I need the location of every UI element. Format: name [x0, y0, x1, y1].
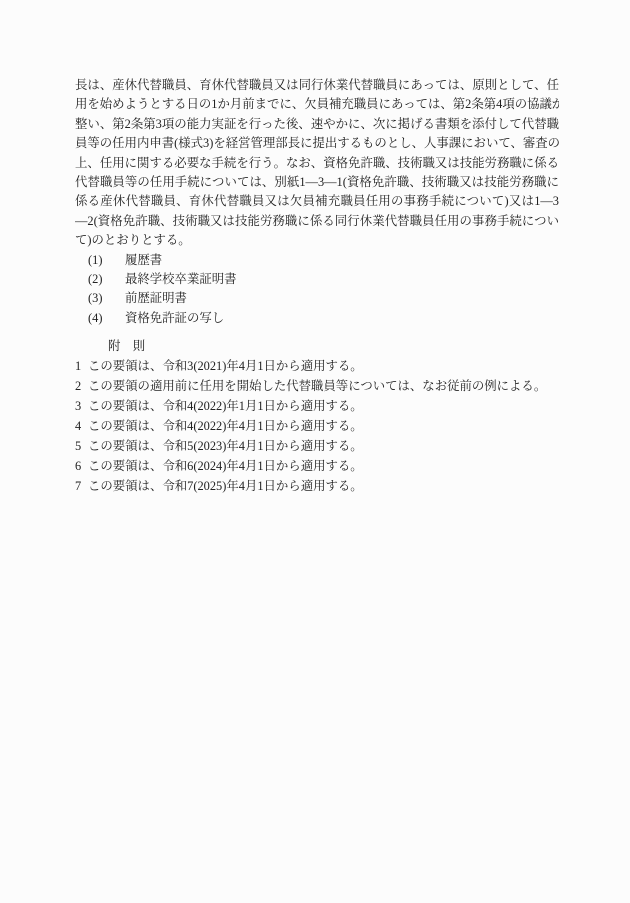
provision-text: この要領は、令和4(2022)年1月1日から適用する。	[88, 396, 559, 416]
provision-item: 5 この要領は、令和5(2023)年4月1日から適用する。	[75, 436, 559, 456]
paragraph-line: ―2(資格免許職、技術職又は技能労務職に係る同行休業代替職員任用の事務手続につい	[75, 212, 559, 231]
provision-number: 4	[75, 416, 88, 436]
document-page: 長は、産休代替職員、育休代替職員又は同行休業代替職員にあっては、原則として、任 …	[0, 0, 630, 903]
provision-text: この要領は、令和3(2021)年4月1日から適用する。	[88, 356, 559, 376]
provision-item: 4 この要領は、令和4(2022)年4月1日から適用する。	[75, 416, 559, 436]
paragraph-line: て)のとおりとする。	[75, 231, 559, 250]
appendix-heading: 附 則	[75, 336, 559, 356]
paragraph-line: 用を始めようとする日の1か月前までに、欠員補充職員にあっては、第2条第4項の協議…	[75, 95, 559, 114]
provision-number: 1	[75, 356, 88, 376]
attachment-number: (2)	[88, 270, 125, 289]
paragraph-line: 上、任用に関する必要な手続を行う。なお、資格免許職、技術職又は技能労務職に係る	[75, 154, 559, 173]
paragraph-line: 員等の任用内申書(様式3)を経営管理部長に提出するものとし、人事課において、審査…	[75, 134, 559, 153]
main-paragraph: 長は、産休代替職員、育休代替職員又は同行休業代替職員にあっては、原則として、任 …	[75, 76, 559, 251]
provision-number: 5	[75, 436, 88, 456]
provision-number: 3	[75, 396, 88, 416]
provision-number: 2	[75, 376, 88, 396]
attachment-item: (2)最終学校卒業証明書	[75, 270, 559, 289]
provision-number: 6	[75, 456, 88, 476]
provision-item: 7 この要領は、令和7(2025)年4月1日から適用する。	[75, 476, 559, 496]
provision-item: 3 この要領は、令和4(2022)年1月1日から適用する。	[75, 396, 559, 416]
attachment-number: (4)	[88, 309, 125, 328]
attachment-item: (1)履歴書	[75, 251, 559, 270]
provision-text: この要領の適用前に任用を開始した代替職員等については、なお従前の例による。	[88, 376, 559, 396]
provision-item: 1 この要領は、令和3(2021)年4月1日から適用する。	[75, 356, 559, 376]
provision-number: 7	[75, 476, 88, 496]
provision-text: この要領は、令和5(2023)年4月1日から適用する。	[88, 436, 559, 456]
paragraph-line: 長は、産休代替職員、育休代替職員又は同行休業代替職員にあっては、原則として、任	[75, 76, 559, 95]
attachment-number: (1)	[88, 251, 125, 270]
paragraph-line: 代替職員等の任用手続については、別紙1―3―1(資格免許職、技術職又は技能労務職…	[75, 173, 559, 192]
attachment-number: (3)	[88, 289, 125, 308]
attachment-item: (3)前歴証明書	[75, 289, 559, 308]
attachment-label: 資格免許証の写し	[125, 311, 224, 325]
paragraph-line: 係る産休代替職員、育休代替職員又は欠員補充職員任用の事務手続について)又は1―3	[75, 192, 559, 211]
paragraph-line: 整い、第2条第3項の能力実証を行った後、速やかに、次に掲げる書類を添付して代替職	[75, 115, 559, 134]
attachment-label: 最終学校卒業証明書	[125, 272, 237, 286]
provision-item: 6 この要領は、令和6(2024)年4月1日から適用する。	[75, 456, 559, 476]
provision-text: この要領は、令和6(2024)年4月1日から適用する。	[88, 456, 559, 476]
document-content: 長は、産休代替職員、育休代替職員又は同行休業代替職員にあっては、原則として、任 …	[75, 76, 559, 496]
provision-item: 2 この要領の適用前に任用を開始した代替職員等については、なお従前の例による。	[75, 376, 559, 396]
attachment-label: 履歴書	[125, 253, 162, 267]
attachment-label: 前歴証明書	[125, 291, 187, 305]
attachment-item: (4)資格免許証の写し	[75, 309, 559, 328]
provision-text: この要領は、令和7(2025)年4月1日から適用する。	[88, 476, 559, 496]
attachment-list: (1)履歴書 (2)最終学校卒業証明書 (3)前歴証明書 (4)資格免許証の写し	[75, 251, 559, 329]
provision-list: 1 この要領は、令和3(2021)年4月1日から適用する。 2 この要領の適用前…	[75, 356, 559, 496]
provision-text: この要領は、令和4(2022)年4月1日から適用する。	[88, 416, 559, 436]
